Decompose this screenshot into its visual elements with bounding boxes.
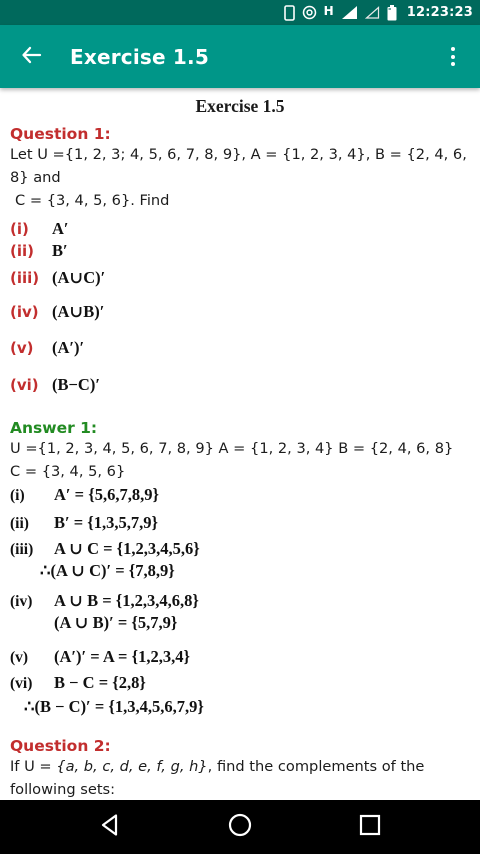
question1-intro-line2: C = {3, 4, 5, 6}. Find: [10, 189, 470, 212]
answer1-item-list: (i) A′ = {5,6,7,8,9} (ii) B′ = {1,3,5,7,…: [10, 485, 470, 717]
answer1-item: (iv) A ∪ B = {1,2,3,4,6,8} (A ∪ B)′ = {5…: [10, 591, 470, 633]
exercise-content-scroll-area[interactable]: Exercise 1.5 Question 1: Let U ={1, 2, 3…: [0, 88, 480, 800]
item-math: B − C = {2,8}: [54, 673, 146, 693]
page-title: Exercise 1.5: [10, 96, 470, 117]
status-clock: 12:23:23: [407, 5, 473, 20]
item-math: (A′)′: [52, 338, 84, 358]
item-label: (v): [10, 339, 52, 357]
item-label: (vi): [10, 675, 54, 693]
question1-item: (v) (A′)′: [10, 338, 470, 358]
item-math: A′ = {5,6,7,8,9}: [54, 485, 159, 505]
app-bar: Exercise 1.5: [0, 25, 480, 88]
signal-filled-icon: [341, 5, 358, 20]
battery-icon: [387, 5, 397, 21]
item-math: B′: [52, 241, 68, 261]
answer1-intro-line2: C = {3, 4, 5, 6}: [10, 460, 470, 483]
item-math: (A′)′ = A = {1,2,3,4}: [54, 647, 190, 667]
item-label: (i): [10, 220, 52, 238]
item-label: (iv): [10, 303, 52, 321]
network-type-letter: H: [324, 5, 334, 17]
question1-item: (iii) (A∪C)′: [10, 268, 470, 288]
answer1-item: (iii) A ∪ C = {1,2,3,4,5,6} ∴(A ∪ C)′ = …: [10, 539, 470, 581]
back-button[interactable]: [14, 40, 48, 74]
arrow-left-icon: [19, 43, 43, 71]
back-triangle-icon: [97, 812, 123, 842]
home-circle-icon: [227, 812, 253, 842]
question1-item: (iv) (A∪B)′: [10, 302, 470, 322]
answer1-intro-line1: U ={1, 2, 3, 4, 5, 6, 7, 8, 9} A = {1, 2…: [10, 437, 470, 460]
nav-home-button[interactable]: [220, 807, 260, 847]
answer1-heading: Answer 1:: [10, 419, 470, 437]
phone-status-icon: [284, 5, 295, 21]
item-math: (A∪C)′: [52, 268, 105, 288]
item-label: (iii): [10, 541, 54, 559]
intro-set: {a, b, c, d, e, f, g, h}: [56, 758, 207, 775]
question1-item: (ii) B′: [10, 241, 470, 261]
vertical-dots-icon: [451, 47, 455, 51]
data-saver-icon: [302, 5, 317, 20]
signal-empty-icon: [365, 6, 380, 19]
nav-back-button[interactable]: [90, 807, 130, 847]
item-math: B′ = {1,3,5,7,9}: [54, 513, 158, 533]
answer1-item: (vi) B − C = {2,8} ∴(B − C)′ = {1,3,4,5,…: [10, 673, 470, 717]
status-bar: H 12:23:23: [0, 0, 480, 25]
item-math-line2: ∴(A ∪ C)′ = {7,8,9}: [10, 561, 470, 581]
answer1-item: (ii) B′ = {1,3,5,7,9}: [10, 513, 470, 533]
question1-item-list: (i) A′ (ii) B′ (iii) (A∪C)′ (iv) (A∪B)′ …: [10, 219, 470, 395]
question1-heading: Question 1:: [10, 125, 470, 143]
item-math: A′: [52, 219, 69, 239]
item-label: (iii): [10, 269, 52, 287]
item-label: (v): [10, 649, 54, 667]
item-label: (ii): [10, 242, 52, 260]
item-math: (A∪B)′: [52, 302, 104, 322]
item-label: (iv): [10, 593, 54, 611]
answer1-item: (v) (A′)′ = A = {1,2,3,4}: [10, 647, 470, 667]
question1-item: (vi) (B−C)′: [10, 375, 470, 395]
item-math-line2: ∴(B − C)′ = {1,3,4,5,6,7,9}: [10, 697, 470, 717]
item-label: (ii): [10, 515, 54, 533]
intro-prefix: If U =: [10, 758, 56, 775]
app-bar-title: Exercise 1.5: [70, 45, 209, 69]
item-label: (vi): [10, 376, 52, 394]
item-math: (B−C)′: [52, 375, 100, 395]
overflow-menu-button[interactable]: [438, 40, 468, 74]
question1-item: (i) A′: [10, 219, 470, 239]
nav-recents-button[interactable]: [350, 807, 390, 847]
item-math: A ∪ C = {1,2,3,4,5,6}: [54, 539, 200, 559]
question2-heading: Question 2:: [10, 737, 470, 755]
recents-square-icon: [357, 812, 383, 842]
question2-intro: If U = {a, b, c, d, e, f, g, h}, find th…: [10, 755, 470, 800]
android-nav-bar: [0, 800, 480, 854]
question1-intro-line1: Let U ={1, 2, 3; 4, 5, 6, 7, 8, 9}, A = …: [10, 143, 470, 189]
item-math: A ∪ B = {1,2,3,4,6,8}: [54, 591, 199, 611]
item-math-line2: (A ∪ B)′ = {5,7,9}: [10, 613, 470, 633]
answer1-item: (i) A′ = {5,6,7,8,9}: [10, 485, 470, 505]
item-label: (i): [10, 487, 54, 505]
